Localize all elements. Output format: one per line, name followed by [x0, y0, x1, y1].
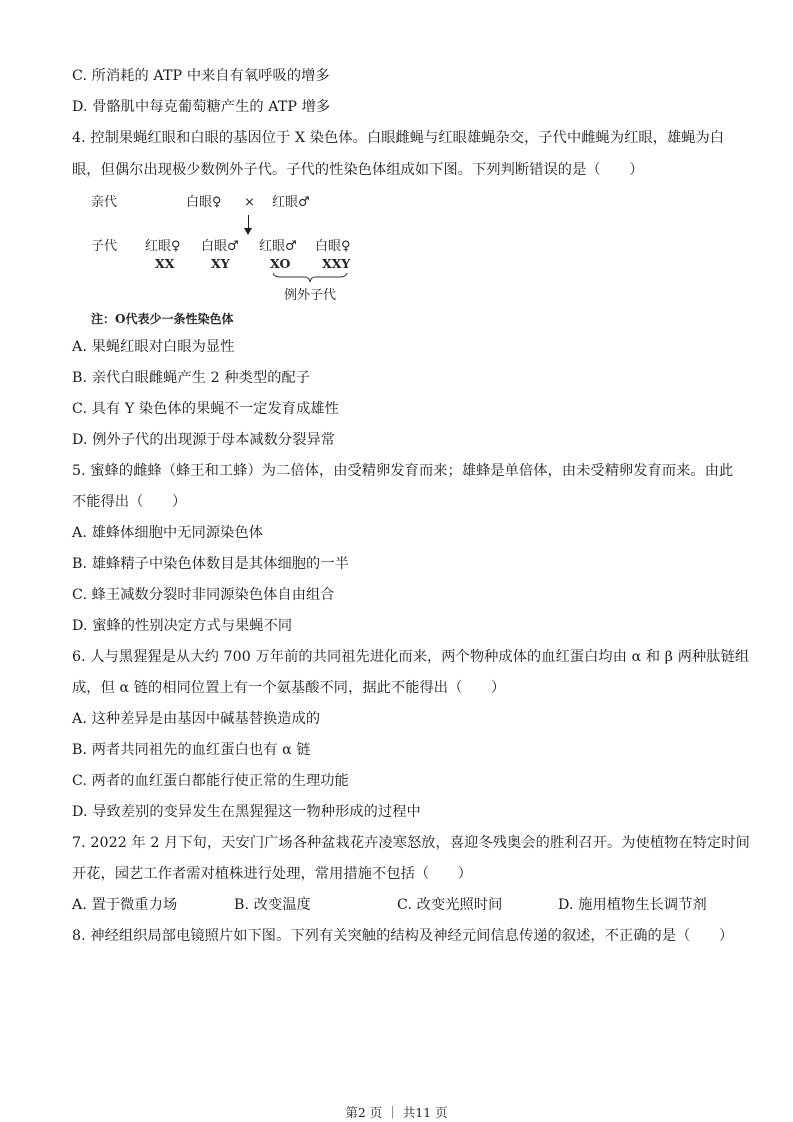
curly-brace-icon [272, 272, 348, 284]
cross-symbol: × [244, 195, 255, 211]
q4-option-b: B. 亲代白眼雌蝇产生 2 种类型的配子 [72, 368, 310, 388]
q4-stem-line1: 4. 控制果蝇红眼和白眼的基因位于 X 染色体。白眼雌蝇与红眼雄蝇杂交，子代中雌… [72, 128, 724, 148]
offspring-2-genotype: XY [211, 256, 230, 272]
offspring-4-genotype: XXY [322, 256, 350, 272]
q4-option-d: D. 例外子代的出现源于母本减数分裂异常 [72, 430, 335, 450]
q7-option-c: C. 改变光照时间 [397, 895, 502, 915]
q6-option-a: A. 这种差异是由基因中碱基替换造成的 [72, 709, 320, 729]
q5-option-c: C. 蜂王减数分裂时非同源染色体自由组合 [72, 585, 335, 605]
q3-option-c: C. 所消耗的 ATP 中来自有氧呼吸的增多 [72, 66, 330, 86]
offspring-4-phenotype: 白眼♀ [315, 239, 351, 255]
q7-stem-line2: 开花，园艺工作者需对植株进行处理，常用措施不包括（ ） [72, 864, 472, 884]
offspring-3-phenotype: 红眼♂ [259, 239, 297, 255]
q3-option-d: D. 骨骼肌中每克葡萄糖产生的 ATP 增多 [72, 97, 330, 117]
q4-option-c: C. 具有 Y 染色体的果蝇不一定发育成雄性 [72, 399, 339, 419]
q5-option-a: A. 雄蜂体细胞中无同源染色体 [72, 523, 263, 543]
q7-option-d: D. 施用植物生长调节剂 [558, 895, 707, 915]
q5-option-d: D. 蜜蜂的性别决定方式与果蝇不同 [72, 616, 292, 636]
page-footer: 第2 页 ｜ 共11 页 [0, 1103, 793, 1121]
q7-option-a: A. 置于微重力场 [72, 895, 177, 915]
q6-option-c: C. 两者的血红蛋白都能行使正常的生理功能 [72, 771, 349, 791]
q5-stem-line1: 5. 蜜蜂的雌蜂（蜂王和工蜂）为二倍体，由受精卵发育而来；雄蜂是单倍体，由未受精… [72, 461, 733, 481]
q8-stem: 8. 神经组织局部电镜照片如下图。下列有关突触的结构及神经元间信息传递的叙述，不… [72, 926, 733, 946]
q5-stem-line2: 不能得出（ ） [72, 492, 186, 512]
parent-label: 亲代 [91, 195, 117, 211]
offspring-2-phenotype: 白眼♂ [201, 239, 239, 255]
q6-stem-line1: 6. 人与黑猩猩是从大约 700 万年前的共同祖先进化而来，两个物种成体的血红蛋… [72, 647, 749, 667]
q6-option-d: D. 导致差别的变异发生在黑猩猩这一物种形成的过程中 [72, 802, 421, 822]
q6-stem-line2: 成，但 α 链的相同位置上有一个氨基酸不同，据此不能得出（ ） [72, 678, 505, 698]
q4-option-a: A. 果蝇红眼对白眼为显性 [72, 337, 234, 357]
q7-option-b: B. 改变温度 [234, 895, 311, 915]
offspring-1-phenotype: 红眼♀ [145, 239, 181, 255]
exception-label: 例外子代 [284, 288, 336, 304]
parent-male: 红眼♂ [272, 195, 310, 211]
down-arrow-icon [248, 215, 249, 233]
offspring-3-genotype: XO [270, 256, 290, 272]
q4-stem-line2: 眼，但偶尔出现极少数例外子代。子代的性染色体组成如下图。下列判断错误的是（ ） [72, 160, 644, 180]
parent-female: 白眼♀ [186, 195, 222, 211]
offspring-1-genotype: XX [155, 256, 174, 272]
diagram-note: 注：O代表少一条性染色体 [91, 311, 233, 327]
q6-option-b: B. 两者共同祖先的血红蛋白也有 α 链 [72, 740, 311, 760]
q7-stem-line1: 7. 2022 年 2 月下旬，天安门广场各种盆栽花卉凌寒怒放，喜迎冬残奥会的胜… [72, 833, 750, 853]
q5-option-b: B. 雄蜂精子中染色体数目是其体细胞的一半 [72, 554, 349, 574]
offspring-label: 子代 [91, 239, 117, 255]
